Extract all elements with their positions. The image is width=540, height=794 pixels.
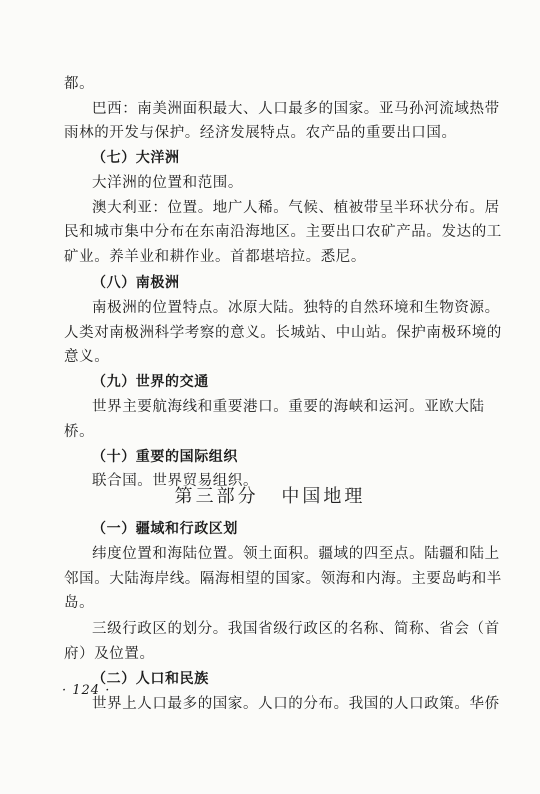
subsection-heading: （一）疆域和行政区划 xyxy=(92,519,512,539)
text-line: 世界上人口最多的国家。人口的分布。我国的人口政策。华侨 xyxy=(92,694,512,714)
text-line: 世界主要航海线和重要港口。重要的海峡和运河。亚欧大陆 xyxy=(92,397,512,417)
section-title: 第三部分 中国地理 xyxy=(0,482,540,508)
text-line: 邻国。大陆海岸线。隔海相望的国家。领海和内海。主要岛屿和半 xyxy=(64,569,484,589)
text-line: 大洋洲的位置和范围。 xyxy=(92,173,512,193)
text-line: 意义。 xyxy=(64,347,484,367)
subsection-heading: （二）人口和民族 xyxy=(92,669,512,689)
text-line: 三级行政区的划分。我国省级行政区的名称、简称、省会（首 xyxy=(92,619,512,639)
text-line: 府）及位置。 xyxy=(64,644,484,664)
subsection-heading: （七）大洋洲 xyxy=(92,148,512,168)
text-line: 纬度位置和海陆位置。领土面积。疆域的四至点。陆疆和陆上 xyxy=(92,544,512,564)
page-number: · 124 · xyxy=(62,683,110,698)
subsection-heading: （九）世界的交通 xyxy=(92,372,512,392)
text-line: 雨林的开发与保护。经济发展特点。农产品的重要出口国。 xyxy=(64,123,484,143)
text-line: 都。 xyxy=(64,74,484,94)
document-page: 都。巴西：南美洲面积最大、人口最多的国家。亚马孙河流域热带雨林的开发与保护。经济… xyxy=(0,0,540,794)
subsection-heading: （八）南极洲 xyxy=(92,273,512,293)
text-line: 人类对南极洲科学考察的意义。长城站、中山站。保护南极环境的 xyxy=(64,323,484,343)
text-line: 澳大利亚：位置。地广人稀。气候、植被带呈半环状分布。居 xyxy=(92,198,512,218)
text-line: 南极洲的位置特点。冰原大陆。独特的自然环境和生物资源。 xyxy=(92,298,512,318)
text-line: 桥。 xyxy=(64,422,484,442)
subsection-heading: （十）重要的国际组织 xyxy=(92,447,512,467)
text-line: 矿业。养羊业和耕作业。首都堪培拉。悉尼。 xyxy=(64,247,484,267)
text-line: 岛。 xyxy=(64,593,484,613)
text-line: 巴西：南美洲面积最大、人口最多的国家。亚马孙河流域热带 xyxy=(92,99,512,119)
text-line: 民和城市集中分布在东南沿海地区。主要出口农矿产品。发达的工 xyxy=(64,222,484,242)
